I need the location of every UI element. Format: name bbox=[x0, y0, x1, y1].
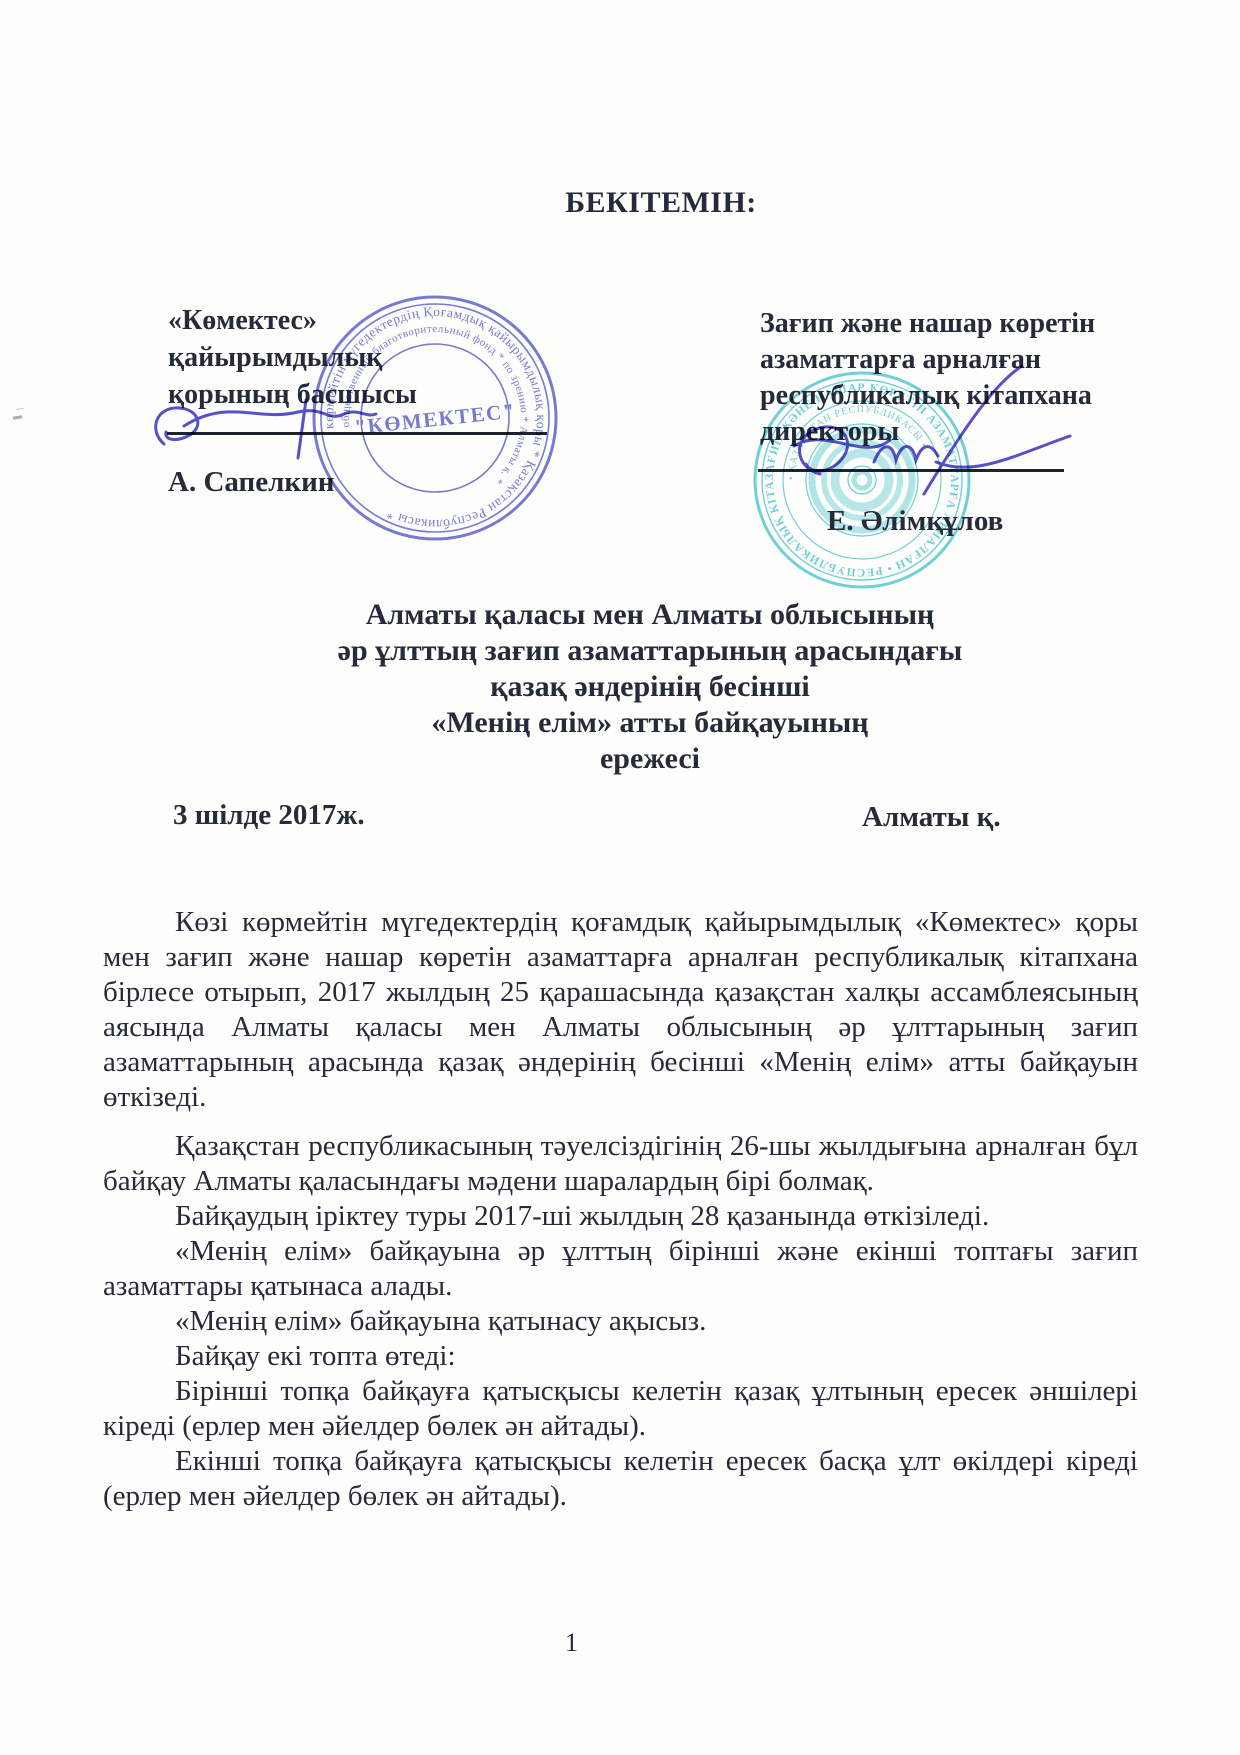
body-paragraph: Байқаудың іріктеу туры 2017-ші жылдың 28… bbox=[103, 1199, 1138, 1234]
title-line: «Менің елім» атты байқауының bbox=[60, 705, 1240, 741]
title-line: қазақ әндерінің бесінші bbox=[60, 669, 1240, 705]
role-line: Зағип және нашар көретін bbox=[760, 306, 1095, 342]
title-line: Алматы қаласы мен Алматы облысының bbox=[60, 597, 1240, 633]
body-paragraph: Көзі көрмейтін мүгедектердің қоғамдық қа… bbox=[103, 905, 1138, 1115]
approve-heading: БЕКІТЕМІН: bbox=[0, 186, 1240, 220]
document-place: Алматы қ. bbox=[862, 801, 1001, 834]
body-paragraph: Бірінші топқа байқауға қатысқысы келетін… bbox=[103, 1374, 1138, 1444]
body-paragraph: Қазақстан республикасының тәуелсіздігіні… bbox=[103, 1129, 1138, 1199]
title-line: ережесі bbox=[60, 741, 1240, 777]
document-title: Алматы қаласы мен Алматы облысының әр ұл… bbox=[60, 597, 1240, 777]
right-signatory-name: Е. Әлімқұлов bbox=[827, 505, 1003, 538]
left-signature-ink bbox=[148, 392, 428, 472]
signature-stroke bbox=[156, 400, 376, 458]
document-body: Көзі көрмейтін мүгедектердің қоғамдық қа… bbox=[103, 905, 1138, 1514]
body-paragraph: «Менің елім» байқауына қатынасу ақысыз. bbox=[103, 1304, 1138, 1339]
page-number: 1 bbox=[565, 1628, 578, 1658]
signature-stroke bbox=[794, 366, 1070, 494]
scanned-document-page: БЕКІТЕМІН: «Көмектес» қайырымдылық қорын… bbox=[0, 0, 1240, 1755]
body-paragraph: Байқау екі топта өтеді: bbox=[103, 1339, 1138, 1374]
document-date: 3 шілде 2017ж. bbox=[173, 799, 365, 832]
body-paragraph: Екінші топқа байқауға қатысқысы келетін … bbox=[103, 1444, 1138, 1514]
title-line: әр ұлттың зағип азаматтарының арасындағы bbox=[60, 633, 1240, 669]
right-signature-ink bbox=[778, 362, 1078, 502]
body-paragraph: «Менің елім» байқауына әр ұлттың бірінші… bbox=[103, 1234, 1138, 1304]
